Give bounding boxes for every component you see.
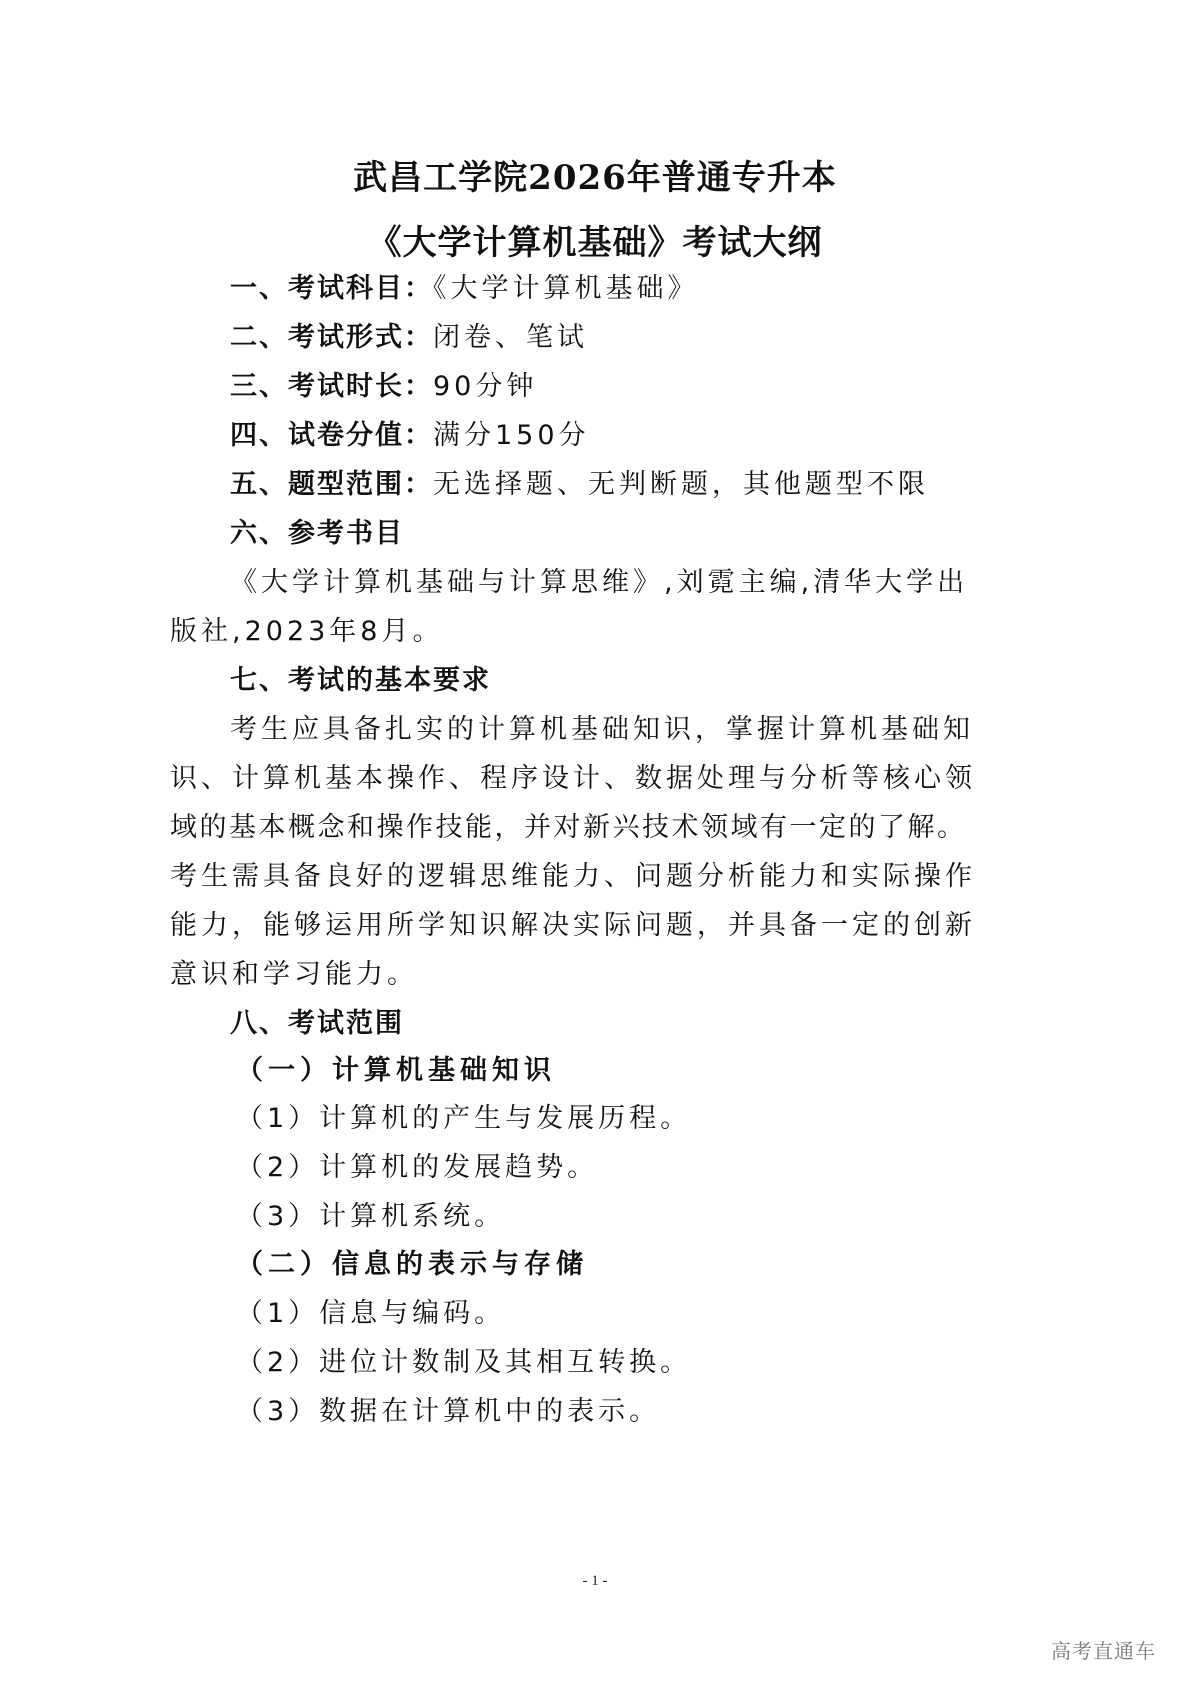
paragraph-line: 版社,2023年8月。 <box>170 614 443 650</box>
list-item: （3）数据在计算机中的表示。 <box>236 1394 660 1430</box>
list-item: （1）信息与编码。 <box>236 1296 505 1332</box>
document-title-line1: 武昌工学院2026年普通专升本 <box>0 150 1190 199</box>
section-value: 满分150分 <box>433 420 590 451</box>
section-heading-references: 六、参考书目 <box>230 516 404 552</box>
section-exam-format: 二、考试形式：闭卷、笔试 <box>230 320 588 356</box>
document-title-line2: 《大学计算机基础》考试大纲 <box>0 215 1190 264</box>
section-label: 五、题型范围： <box>230 469 433 500</box>
paragraph-line: 考生需具备良好的逻辑思维能力、问题分析能力和实际操作 <box>170 859 976 895</box>
section-exam-subject: 一、考试科目：《大学计算机基础》 <box>230 271 699 307</box>
list-item: （2）计算机的发展趋势。 <box>236 1150 598 1186</box>
section-question-types: 五、题型范围：无选择题、无判断题，其他题型不限 <box>230 467 929 503</box>
subsection-heading: （一）计算机基础知识 <box>236 1053 556 1089</box>
paragraph-line: 意识和学习能力。 <box>170 957 418 993</box>
paragraph-line: 《大学计算机基础与计算思维》,刘霓主编,清华大学出 <box>230 565 968 601</box>
section-value: 闭卷、笔试 <box>433 322 588 353</box>
section-label: 四、试卷分值： <box>230 420 433 451</box>
section-label: 三、考试时长： <box>230 371 433 402</box>
subsection-heading: （二）信息的表示与存储 <box>236 1247 588 1283</box>
section-value: 无选择题、无判断题，其他题型不限 <box>433 469 929 500</box>
paragraph-line: 识、计算机基本操作、程序设计、数据处理与分析等核心领 <box>170 761 976 797</box>
section-value: 90分钟 <box>433 371 537 402</box>
section-label: 二、考试形式： <box>230 322 433 353</box>
section-heading-exam-scope: 八、考试范围 <box>230 1006 404 1042</box>
list-item: （1）计算机的产生与发展历程。 <box>236 1101 691 1137</box>
page-number: - 1 - <box>0 1573 1190 1590</box>
list-item: （3）计算机系统。 <box>236 1199 505 1235</box>
section-label: 一、考试科目： <box>230 273 433 304</box>
section-exam-duration: 三、考试时长：90分钟 <box>230 369 537 405</box>
list-item: （2）进位计数制及其相互转换。 <box>236 1345 691 1381</box>
section-heading-requirements: 七、考试的基本要求 <box>230 663 491 699</box>
section-value: 《大学计算机基础》 <box>433 273 699 304</box>
watermark: 高考直通车 <box>1051 1635 1156 1664</box>
paragraph-line: 考生应具备扎实的计算机基础知识，掌握计算机基础知 <box>230 712 974 748</box>
section-exam-score: 四、试卷分值：满分150分 <box>230 418 590 454</box>
document-page: 武昌工学院2026年普通专升本 《大学计算机基础》考试大纲 一、考试科目：《大学… <box>0 0 1190 1683</box>
paragraph-line: 域的基本概念和操作技能，并对新兴技术领域有一定的了解。 <box>170 810 967 846</box>
paragraph-line: 能力，能够运用所学知识解决实际问题，并具备一定的创新 <box>170 908 976 944</box>
